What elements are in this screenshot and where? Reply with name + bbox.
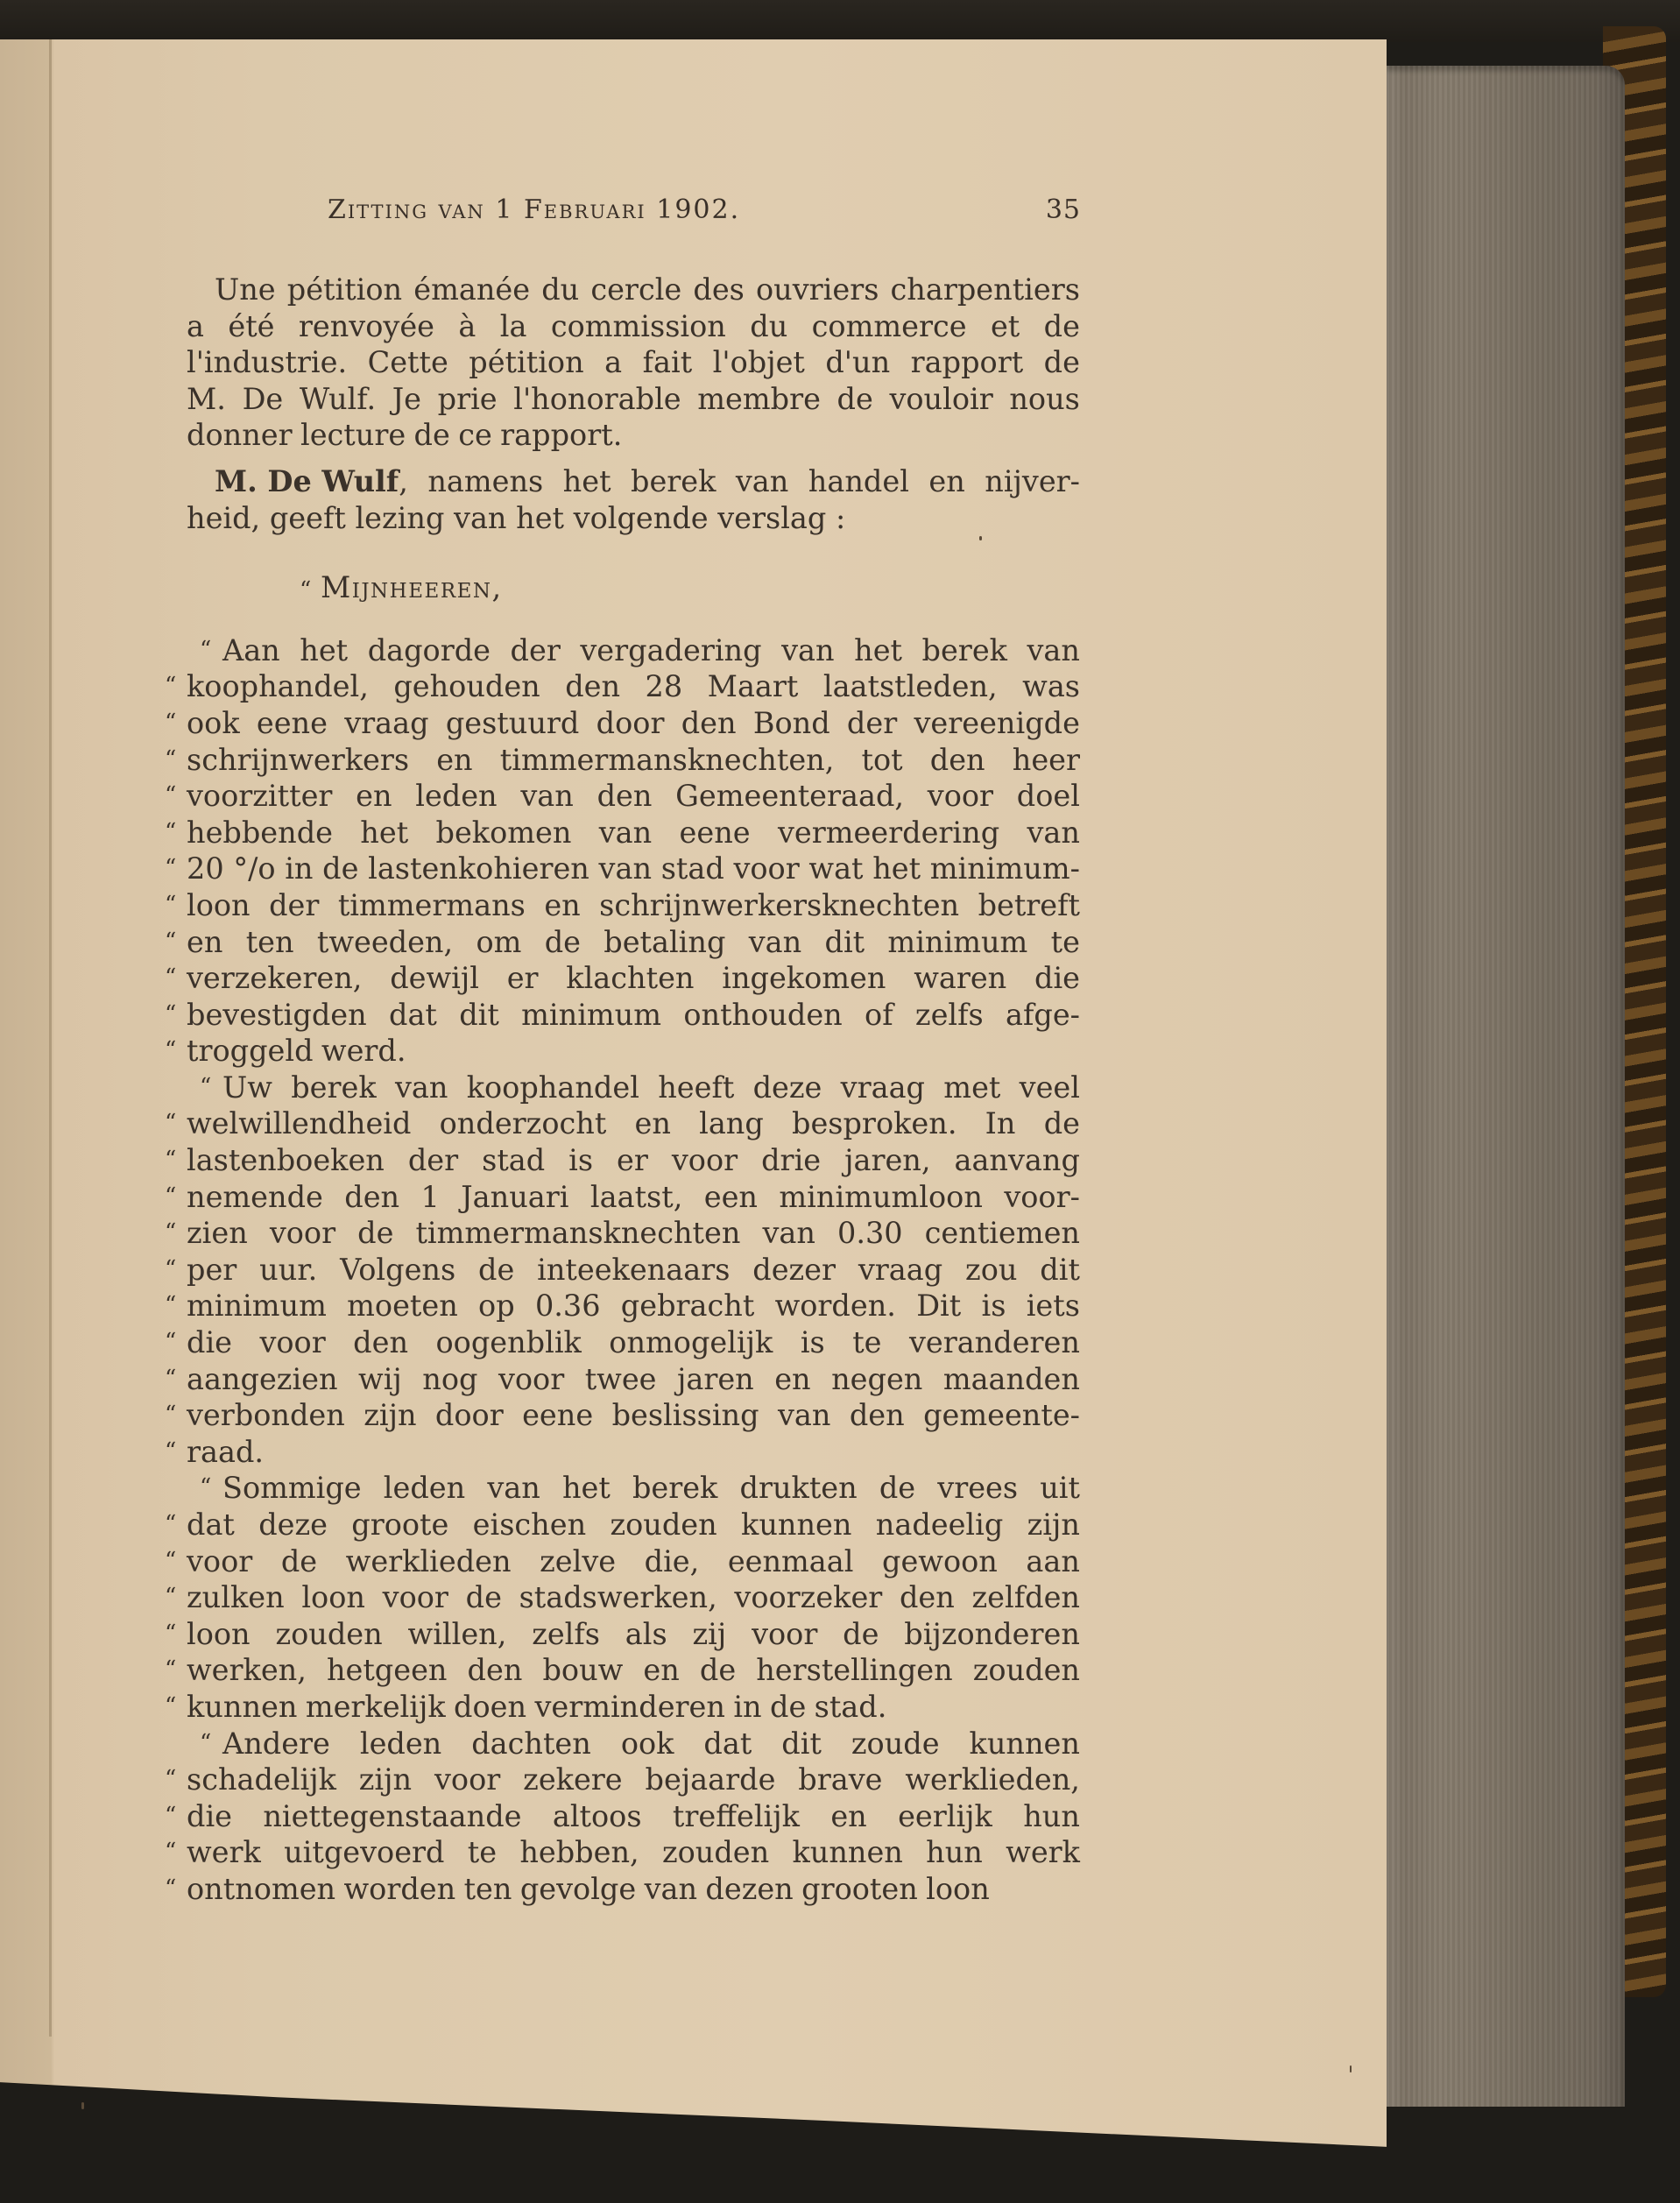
margin-quote-mark: “	[165, 1616, 176, 1653]
speaker-paragraph: M. De Wulf, namens het berek van handel …	[149, 463, 1080, 536]
text-line: “Uwberekvankoophandelheeftdezevraagmetve…	[149, 1070, 1080, 1106]
margin-quote-mark: “	[165, 1798, 176, 1835]
text-line: “Andereledendachtenookdatditzoudekunnen	[149, 1726, 1080, 1762]
margin-quote-mark: “	[165, 851, 176, 887]
report-paragraph: “Uwberekvankoophandelheeftdezevraagmetve…	[149, 1070, 1080, 1471]
text-line: “verbondenzijndooreenebeslissingvandenge…	[149, 1397, 1080, 1434]
text-line: “datdezegrooteeischenzoudenkunnennadeeli…	[149, 1507, 1080, 1543]
margin-quote-mark: “	[165, 1689, 176, 1726]
margin-quote-mark: “	[165, 960, 176, 997]
speaker-line-2: heid, geeft lezing van het volgende vers…	[187, 500, 845, 537]
page-stack-fore-edge	[1387, 66, 1625, 2107]
text-line: “ententweeden,omdebetalingvanditminimumt…	[149, 924, 1080, 961]
text-line: “peruur.Volgensdeinteekenaarsdezervraagz…	[149, 1252, 1080, 1289]
body-text: Unepétitionémanéeducercledesouvrierschar…	[149, 272, 1080, 1908]
margin-quote-mark: “	[165, 1507, 176, 1543]
margin-quote-mark: “	[165, 705, 176, 742]
margin-quote-mark: “	[165, 887, 176, 924]
margin-quote-mark: “	[165, 778, 176, 815]
text-line: “schrijnwerkersentimmermansknechten,totd…	[149, 742, 1080, 779]
salutation: “ Mijnheeren,	[149, 569, 1080, 606]
margin-quote-mark: “	[165, 1105, 176, 1142]
text-line: M. De Wulf, namens het berek van handel …	[149, 463, 1080, 500]
text-line: “lastenboekenderstadiservoordriejaren,aa…	[149, 1142, 1080, 1179]
margin-quote-mark: “	[165, 815, 176, 851]
margin-quote-mark: “	[165, 1543, 176, 1580]
text-line: “Aanhetdagordedervergaderingvanhetberekv…	[149, 632, 1080, 669]
margin-quote-mark: “	[165, 1871, 176, 1908]
speaker-line-rest: , namens het berek van handel en nijver-	[399, 463, 1080, 500]
margin-quote-mark: “	[165, 1579, 176, 1616]
running-title-text: Zitting van 1 Februari	[328, 194, 646, 225]
text-line: “raad.	[149, 1434, 1080, 1471]
background-top	[0, 0, 1680, 42]
running-title: Zitting van 1 Februari 1902.	[328, 194, 740, 225]
margin-quote-mark: “	[200, 1070, 211, 1106]
text-line: “minimummoetenop0.36gebrachtworden.Ditis…	[149, 1288, 1080, 1324]
text-line: “welwillendheidonderzochtenlangbesproken…	[149, 1105, 1080, 1142]
text-line: “bevestigdendatditminimumonthoudenofzelf…	[149, 997, 1080, 1034]
text-line: “Sommigeledenvanhetberekdruktendevreesui…	[149, 1470, 1080, 1507]
text-line: “nemendeden1Januarilaatst,eenminimumloon…	[149, 1179, 1080, 1216]
margin-quote-mark: “	[165, 1324, 176, 1361]
text-line: “ontnomenwordentengevolgevandezengrooten…	[149, 1871, 1080, 1908]
text-line: “werken,hetgeendenbouwendeherstellingenz…	[149, 1652, 1080, 1689]
text-line: “zulkenloonvoordestadswerken,voorzekerde…	[149, 1579, 1080, 1616]
margin-quote-mark: “	[165, 1142, 176, 1179]
text-line: “koophandel,gehoudenden28Maartlaatstlede…	[149, 668, 1080, 705]
report-paragraph: “Aanhetdagordedervergaderingvanhetberekv…	[149, 632, 1080, 1070]
report-paragraph: “Andereledendachtenookdatditzoudekunnen“…	[149, 1726, 1080, 1908]
text-line: “dieniettegenstaandealtoostreffelijkenee…	[149, 1798, 1080, 1835]
text-line: “loondertimmermansenschrijnwerkersknecht…	[149, 887, 1080, 924]
text-line: “werkuitgevoerdtehebben,zoudenkunnenhunw…	[149, 1834, 1080, 1871]
margin-quote-mark: “	[165, 1652, 176, 1689]
text-line: “hebbendehetbekomenvaneenevermeerderingv…	[149, 815, 1080, 851]
running-header: Zitting van 1 Februari 1902. 35	[328, 194, 1081, 229]
speaker-name: M. De Wulf	[215, 463, 399, 500]
margin-quote-mark: “	[165, 997, 176, 1034]
text-line: “voorzitterenledenvandenGemeenteraad,voo…	[149, 778, 1080, 815]
margin-quote-mark: “	[200, 1470, 211, 1507]
intro-paragraph: Unepétitionémanéeducercledesouvrierschar…	[149, 272, 1080, 454]
text-line: “schadelijkzijnvoorzekerebejaardebravewe…	[149, 1762, 1080, 1798]
margin-quote-mark: “	[200, 1726, 211, 1762]
report-paragraph: “Sommigeledenvanhetberekdruktendevreesui…	[149, 1470, 1080, 1725]
margin-quote-mark: “	[165, 1434, 176, 1471]
margin-quote-mark: “	[165, 1834, 176, 1871]
text-line: M.DeWulf.Jepriel'honorablemembredevouloi…	[149, 381, 1080, 418]
margin-quote-mark: “	[200, 632, 211, 669]
margin-quote-mark: “	[165, 1179, 176, 1216]
text-line: donnerlecturedecerapport.	[149, 417, 1080, 454]
text-line: heid, geeft lezing van het volgende vers…	[149, 500, 1080, 537]
margin-quote-mark: “	[165, 1762, 176, 1798]
margin-quote-mark: “	[165, 1252, 176, 1289]
text-line: “troggeldwerd.	[149, 1033, 1080, 1070]
text-line: l'industrie.Cettepétitionafaitl'objetd'u…	[149, 344, 1080, 381]
salutation-quote: “	[300, 577, 311, 604]
text-line: “20°/oindelastenkohierenvanstadvoorwathe…	[149, 851, 1080, 887]
running-title-year: 1902.	[656, 194, 740, 225]
text-line: “ookeenevraaggestuurddoordenBondderveree…	[149, 705, 1080, 742]
text-line: “loonzoudenwillen,zelfsalszijvoordebijzo…	[149, 1616, 1080, 1653]
text-line: “voordewerkliedenzelvedie,eenmaalgewoona…	[149, 1543, 1080, 1580]
text-line: Unepétitionémanéeducercledesouvrierschar…	[149, 272, 1080, 308]
margin-quote-mark: “	[165, 1288, 176, 1324]
margin-quote-mark: “	[165, 1033, 176, 1070]
gutter-shadow	[49, 39, 52, 2037]
text-line: “zienvoordetimmermansknechtenvan0.30cent…	[149, 1215, 1080, 1252]
report-body: “Aanhetdagordedervergaderingvanhetberekv…	[149, 632, 1080, 1908]
margin-quote-mark: “	[165, 668, 176, 705]
margin-quote-mark: “	[165, 1397, 176, 1434]
page-number: 35	[1046, 194, 1081, 225]
text-line: “verzekeren,dewijlerklachteningekomenwar…	[149, 960, 1080, 997]
margin-quote-mark: “	[165, 1215, 176, 1252]
paper-speck	[979, 536, 982, 540]
text-line: “dievoordenoogenblikonmogelijkisteverand…	[149, 1324, 1080, 1361]
paper-speck	[1350, 2065, 1352, 2072]
margin-quote-mark: “	[165, 924, 176, 961]
text-line: “kunnenmerkelijkdoenverminderenindestad.	[149, 1689, 1080, 1726]
text-line: “aangezienwijnogvoortweejarenennegenmaan…	[149, 1361, 1080, 1398]
margin-quote-mark: “	[165, 742, 176, 779]
paper-speck	[81, 2102, 84, 2109]
salutation-text: Mijnheeren,	[321, 570, 503, 604]
text-line: aétérenvoyéeàlacommissionducommerceetde	[149, 308, 1080, 345]
margin-quote-mark: “	[165, 1361, 176, 1398]
